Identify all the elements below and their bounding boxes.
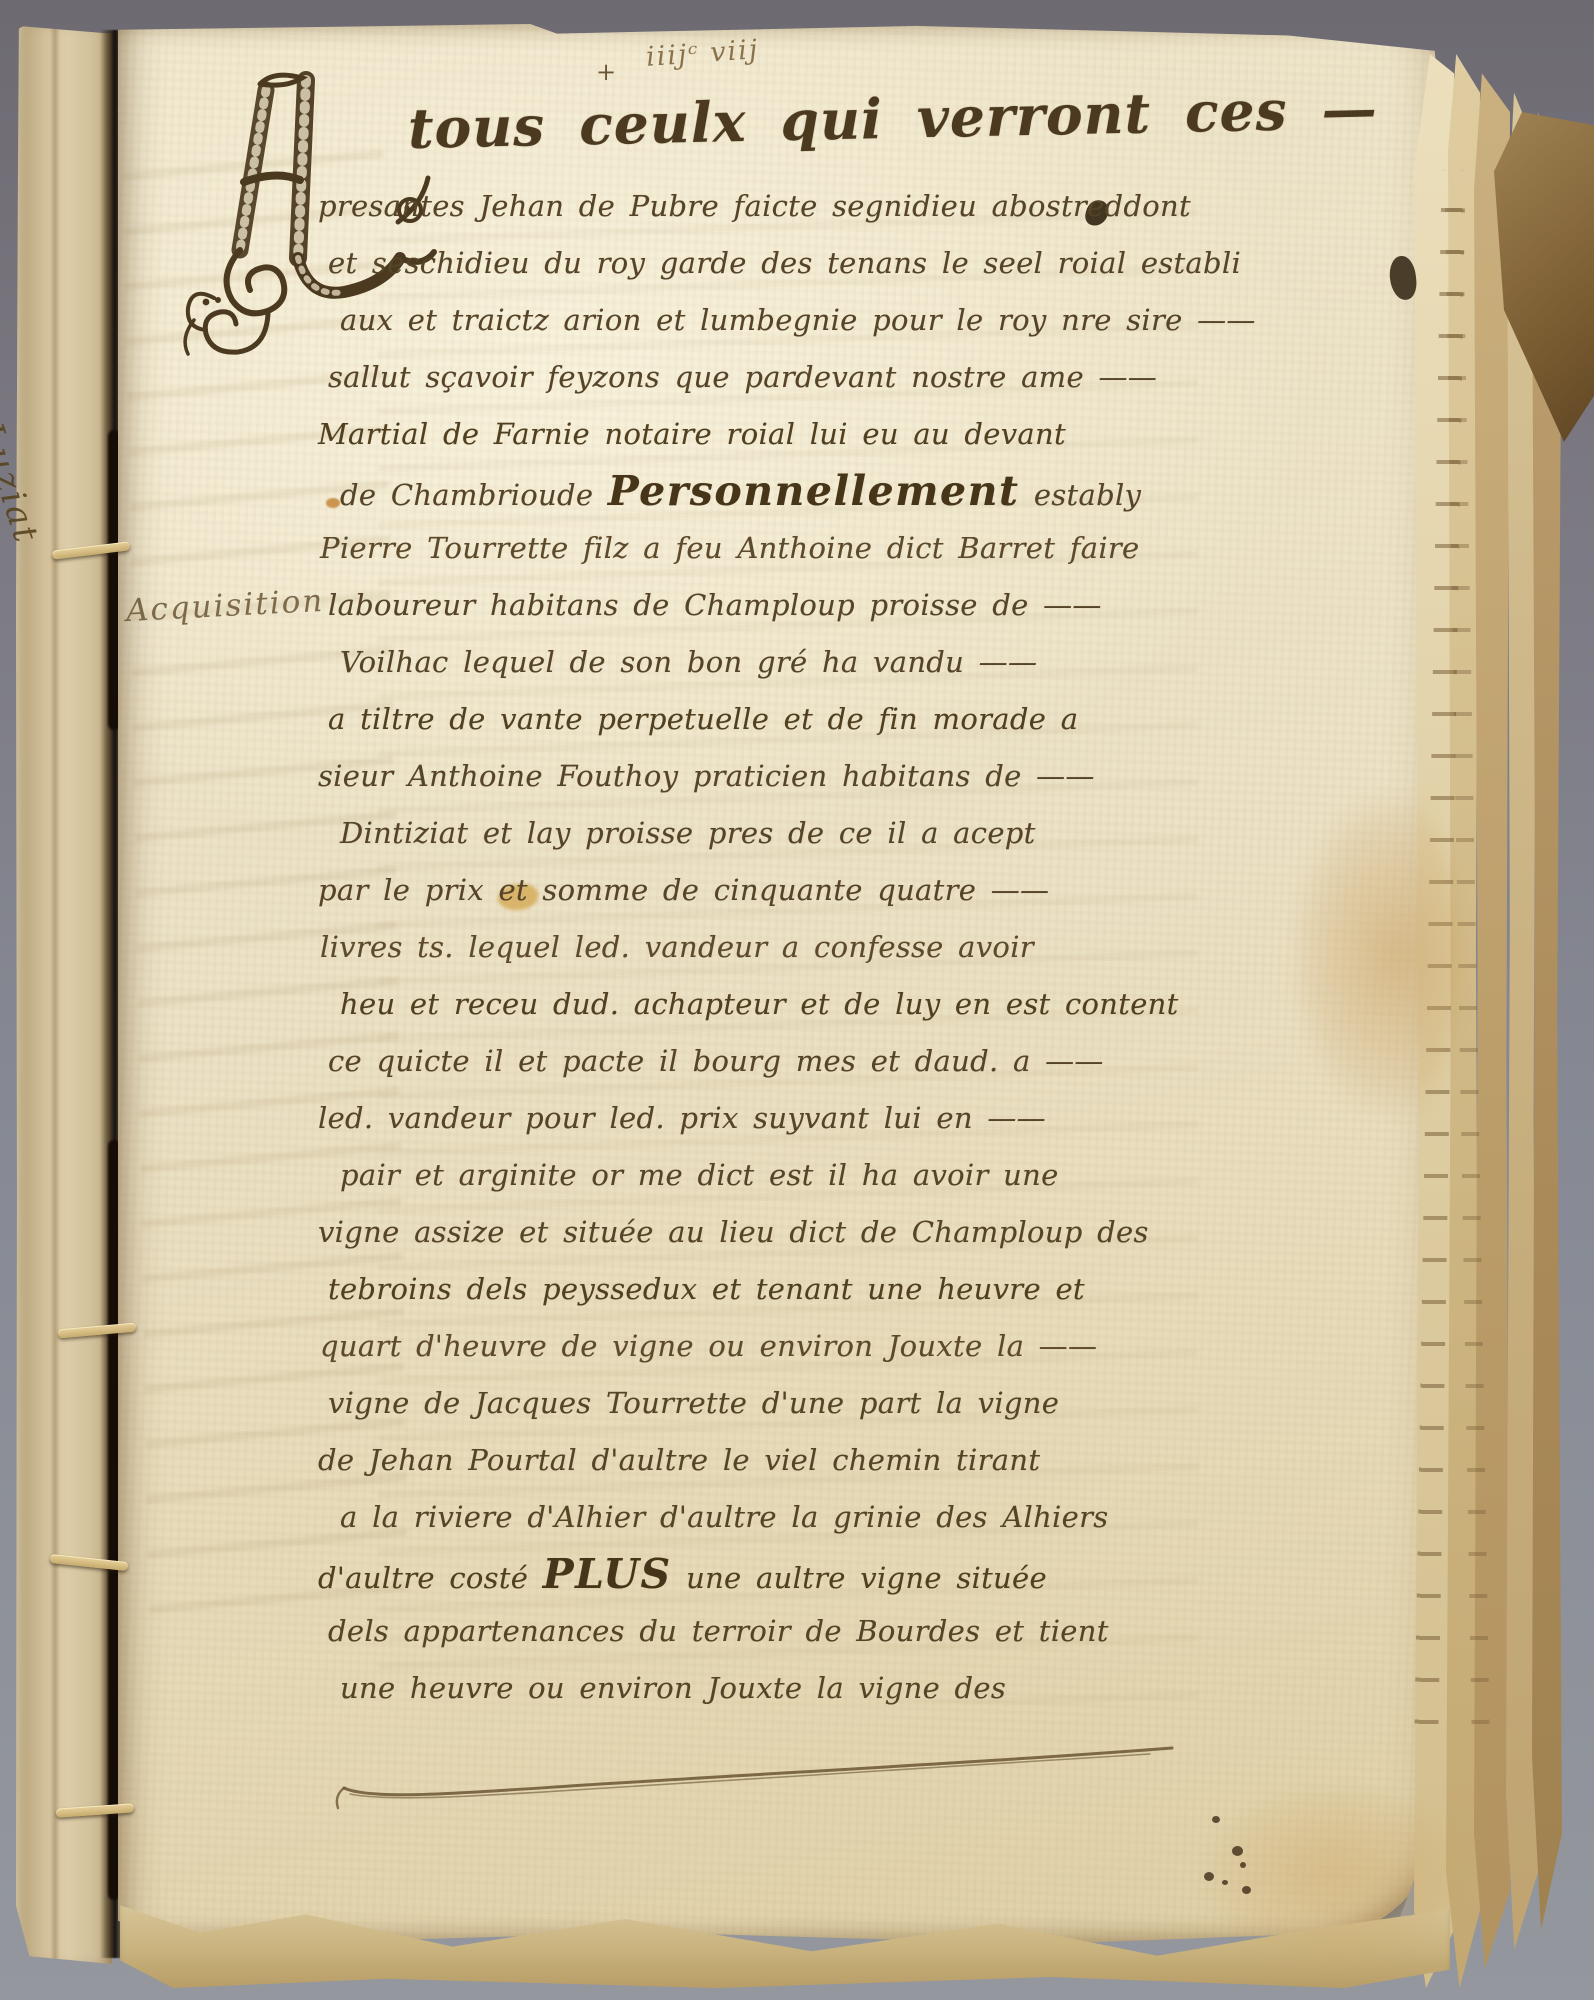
manuscript-line: vigne assize et située au lieu dict de C… [318, 1204, 1178, 1261]
line-text: estably [1019, 478, 1141, 512]
manuscript-line: livres ts. lequel led. vandeur a confess… [318, 919, 1178, 976]
manuscript-line: sallut sçavoir feyzons que pardevant nos… [318, 349, 1178, 406]
manuscript-line-plus: d'aultre costé PLUS une aultre vigne sit… [318, 1546, 1178, 1603]
water-stain [1230, 740, 1460, 1170]
manuscript-line: Voilhac lequel de son bon gré ha vandu —… [318, 634, 1178, 691]
line-text: d'aultre costé [318, 1561, 543, 1595]
line-text: une aultre vigne située [672, 1561, 1047, 1595]
manuscript-line: laboureur habitans de Champloup proisse … [318, 577, 1178, 634]
manuscript-line: de Jehan Pourtal d'aultre le viel chemin… [318, 1432, 1178, 1489]
line-text: de Chambrioude [340, 478, 608, 512]
manuscript-line: dels appartenances du terroir de Bourdes… [318, 1603, 1178, 1660]
manuscript-line: tebroins dels peyssedux et tenant une he… [318, 1261, 1178, 1318]
ink-speck [1232, 1846, 1243, 1856]
manuscript-line: par le prix et somme de cinquante quatre… [318, 862, 1178, 919]
emphasis-word-personnellement: Personnellement [608, 467, 1020, 515]
water-stain [1150, 1760, 1460, 1970]
manuscript-line: Pierre Tourrette filz a feu Anthoine dic… [318, 520, 1178, 577]
underline-flourish [330, 1736, 1190, 1816]
ink-speck [1240, 1862, 1246, 1868]
manuscript-line: pair et arginite or me dict est il ha av… [318, 1147, 1178, 1204]
manuscript-line: a la riviere d'Alhier d'aultre la grinie… [318, 1489, 1178, 1546]
emphasis-word-plus: PLUS [543, 1550, 672, 1598]
manuscript-line: led. vandeur pour led. prix suyvant lui … [318, 1090, 1178, 1147]
ink-speck [1204, 1872, 1214, 1881]
plus-mark: + [596, 58, 616, 86]
manuscript-line: vigne de Jacques Tourrette d'une part la… [318, 1375, 1178, 1432]
book-photo: iiijᶜ viij + tous ceulx qui verront ces … [0, 0, 1594, 2000]
manuscript-line: Martial de Farnie notaire roial lui eu a… [318, 406, 1178, 463]
flyleaf-fold [50, 26, 60, 1964]
manuscript-line: aux et traictz arion et lumbegnie pour l… [318, 292, 1178, 349]
ink-speck [1242, 1886, 1251, 1894]
manuscript-text-block: presantes Jehan de Pubre faicte segnidie… [318, 178, 1178, 1717]
manuscript-line: a tiltre de vante perpetuelle et de fin … [318, 691, 1178, 748]
manuscript-line: quart d'heuvre de vigne ou environ Jouxt… [318, 1318, 1178, 1375]
ink-speck [1222, 1880, 1228, 1885]
ink-speck [1212, 1816, 1220, 1823]
manuscript-line: ce quicte il et pacte il bourg mes et da… [318, 1033, 1178, 1090]
manuscript-line: une heuvre ou environ Jouxte la vigne de… [318, 1660, 1178, 1717]
manuscript-line: presantes Jehan de Pubre faicte segnidie… [318, 178, 1178, 235]
manuscript-line: heu et receu dud. achapteur et de luy en… [318, 976, 1178, 1033]
manuscript-line: sieur Anthoine Fouthoy praticien habitan… [318, 748, 1178, 805]
manuscript-line: et seschidieu du roy garde des tenans le… [318, 235, 1178, 292]
left-flyleaf-page [16, 26, 112, 1964]
manuscript-line-personnellement: de Chambrioude Personnellement estably [318, 463, 1178, 520]
manuscript-line: Dintiziat et lay proisse pres de ce il a… [318, 805, 1178, 862]
